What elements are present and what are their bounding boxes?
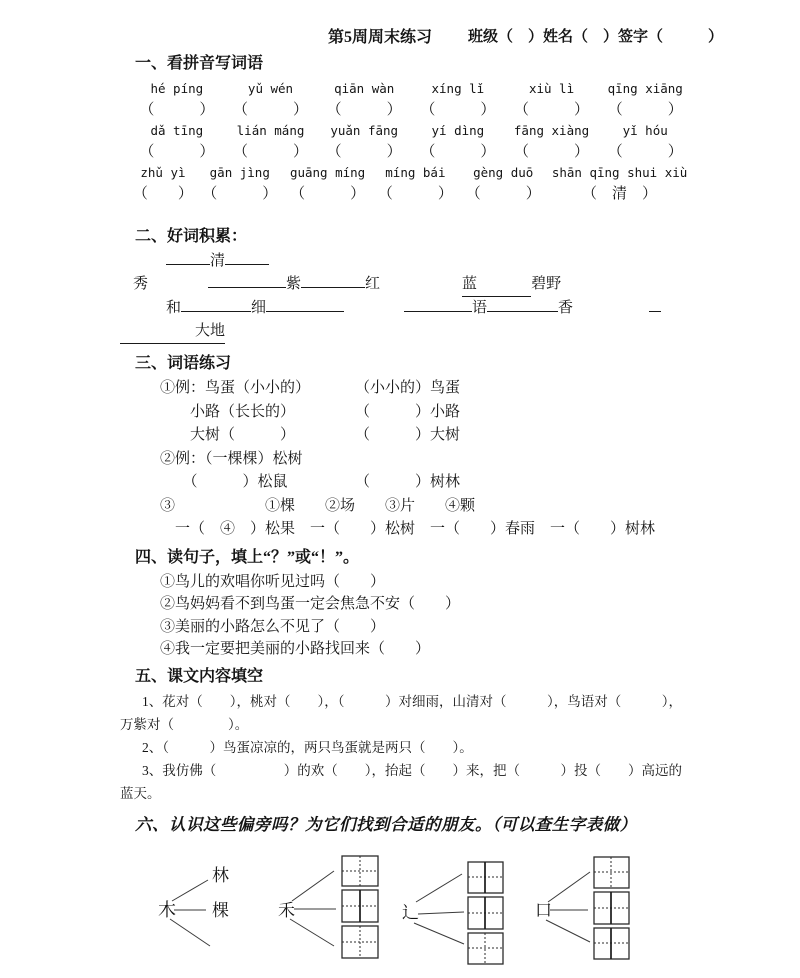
sentence-item: ①鸟儿的欢唱你听见过吗（ ） [160,571,800,594]
section-3-body: ①例：鸟蛋（小小的） （小小的）鸟蛋 小路（长长的） （ ）小路 大树（ ） （… [120,377,800,542]
answer-blank: （ ） [317,141,411,163]
given-char: 和 [166,300,181,316]
pinyin-cell: yí dìng（ ） [411,121,505,163]
match-line [416,874,462,902]
fill-line: 蓝天。 [120,782,800,805]
spacer [573,311,649,312]
pinyin-word: yí dìng [411,121,505,141]
exercise-line: ②例：（一棵棵）松树 [160,448,800,472]
spacer [380,287,462,288]
fill-blank [266,297,344,312]
pinyin-word: xíng lǐ [411,79,505,99]
section-4-body: ①鸟儿的欢唱你听见过吗（ ） ②鸟妈妈看不到鸟蛋一定会焦急不安（ ） ③美丽的小… [120,571,800,661]
word-blank-line: 清 [166,250,800,273]
pinyin-cell: qiān wàn（ ） [317,79,411,121]
spacer [148,287,208,288]
answer-blank: （ ） [130,99,224,121]
given-char: 香 [558,300,573,316]
pinyin-cell: yǐ hóu（ ） [598,121,692,163]
word-blank-line: 大地 [120,320,800,344]
radical-matching-diagram: 木 林 棵 禾 辶 [120,840,800,978]
spacer [477,287,531,288]
section-6-title: 六、认识这些偏旁吗？为它们找到合适的朋友。（可以查生字表做） [135,813,800,836]
pinyin-word: xiù lì [505,79,599,99]
answer-blank: （ ） [371,183,459,205]
answer-blank: （ ） [598,99,692,121]
given-char: 大地 [195,323,225,339]
pinyin-cell: míng bái（ ） [371,163,459,205]
pinyin-row-2: dǎ tīng（ ） lián máng（ ） yuǎn fāng（ ） yí … [130,121,692,163]
radical-chuo: 辶 [402,903,419,922]
pinyin-cell: yǔ wén（ ） [224,79,318,121]
match-line [414,923,464,944]
pinyin-cell: yuǎn fāng（ ） [317,121,411,163]
given-char: 清 [210,253,225,269]
pinyin-word: gèng duō [459,163,547,183]
given-char: 语 [472,300,487,316]
exercise-line: 一（ ④ ）松果 一（ ）松树 一（ ）春雨 一（ ）树林 [175,518,800,542]
pinyin-word: shān qīng shui xiù [547,163,692,183]
writing-grid-column [594,857,629,959]
answer-blank: （ ） [130,141,224,163]
pinyin-word: zhǔ yì [130,163,196,183]
fill-line: 2、（ ）鸟蛋凉凉的，两只鸟蛋就是两只（ ）。 [142,736,800,759]
radical-kou: 口 [535,901,552,920]
class-name-signature-fields: 班级（ ）姓名（ ）签字（ ） [468,25,723,46]
pinyin-cell: qīng xiāng（ ） [598,79,692,121]
target-char-ke: 棵 [212,901,229,920]
page-title: 第5周周末练习 [328,24,432,47]
pinyin-cell: hé píng（ ） [130,79,224,121]
pinyin-word: dǎ tīng [130,121,224,141]
pinyin-cell: dǎ tīng（ ） [130,121,224,163]
match-line [546,920,590,942]
pinyin-word: gān jìng [196,163,284,183]
answer-blank: （ ） [411,141,505,163]
answer-blank-filled: （ 清 ） [547,183,692,205]
answer-blank: （ ） [196,183,284,205]
radical-he: 禾 [278,901,295,920]
section-3-title: 三、词语练习 [135,352,800,375]
pinyin-word: fāng xiàng [505,121,599,141]
word-blank-line: 和细语香 [166,297,800,320]
section-5-body: 1、花对（ ），桃对（ ），（ ）对细雨，山清对（ ），鸟语对（ ）， 万紫对（… [120,690,800,805]
pinyin-cell: xiù lì（ ） [505,79,599,121]
writing-grid-column [342,856,378,958]
pinyin-word: qiān wàn [317,79,411,99]
match-line [290,919,334,946]
pinyin-cell: guāng míng（ ） [284,163,372,205]
pinyin-word: qīng xiāng [598,79,692,99]
pinyin-word: míng bái [371,163,459,183]
fill-blank [404,297,472,312]
fill-line: 1、花对（ ），桃对（ ），（ ）对细雨，山清对（ ），鸟语对（ ）， [142,690,800,713]
fill-blank [649,297,661,312]
match-line [548,872,590,902]
fill-blank [225,250,269,265]
pinyin-cell: xíng lǐ（ ） [411,79,505,121]
exercise-line: 大树（ ） （ ）大树 [160,424,800,448]
answer-blank: （ ） [459,183,547,205]
word-blank-line: 秀紫红蓝碧野 [133,273,800,297]
given-char: 碧野 [531,276,561,292]
given-char: 细 [251,300,266,316]
underlined-group: 蓝 [462,273,531,297]
fill-blank [208,273,286,288]
pinyin-cell: lián máng（ ） [224,121,318,163]
page-header: 第5周周末练习 班级（ ）姓名（ ）签字（ ） [120,24,800,46]
match-line [292,871,334,901]
pinyin-word: yǐ hóu [598,121,692,141]
pinyin-word: yǔ wén [224,79,318,99]
given-char: 红 [365,276,380,292]
exercise-line: ③ ①棵 ②场 ③片 ④颗 [160,495,800,519]
given-char: 秀 [133,276,148,292]
given-char: 紫 [286,276,301,292]
answer-blank: （ ） [224,99,318,121]
diagram-canvas: 木 林 棵 禾 辶 [120,840,685,978]
section-1-title: 一、看拼音写词语 [135,52,800,75]
pinyin-cell: zhǔ yì（ ） [130,163,196,205]
answer-blank: （ ） [224,141,318,163]
spacer [120,334,195,335]
pinyin-word: guāng míng [284,163,372,183]
answer-blank: （ ） [130,183,196,205]
pinyin-cell: gān jìng（ ） [196,163,284,205]
fill-blank [166,250,210,265]
answer-blank: （ ） [284,183,372,205]
pinyin-word: lián máng [224,121,318,141]
match-line [418,912,464,914]
match-line [170,919,210,946]
pinyin-cell: fāng xiàng（ ） [505,121,599,163]
section-2-title: 二、好词积累： [135,225,800,248]
fill-blank [487,297,558,312]
fill-line: 3、我仿佛（ ）的欢（ ），抬起（ ）来，把（ ）投（ ）高远的 [142,759,800,782]
answer-blank: （ ） [505,99,599,121]
radical-mu: 木 [158,900,176,920]
section-4-title: 四、读句子，填上“？”或“！”。 [135,546,800,569]
exercise-line: （ ）松鼠 （ ）树林 [160,471,800,495]
exercise-line: 小路（长长的） （ ）小路 [160,401,800,425]
answer-blank: （ ） [411,99,505,121]
given-char: 蓝 [462,276,477,292]
worksheet-page: 第5周周末练习 班级（ ）姓名（ ）签字（ ） 一、看拼音写词语 hé píng… [0,0,800,978]
pinyin-word: hé píng [130,79,224,99]
answer-blank: （ ） [598,141,692,163]
writing-grid-column [468,862,503,964]
fill-blank [181,297,251,312]
pinyin-row-1: hé píng（ ） yǔ wén（ ） qiān wàn（ ） xíng lǐ… [130,79,692,121]
spacer [344,311,404,312]
fill-line: 万紫对（ ）。 [120,713,800,736]
sentence-item: ②鸟妈妈看不到鸟蛋一定会焦急不安（ ） [160,593,800,616]
section-5-title: 五、课文内容填空 [135,665,800,688]
underlined-group: 大地 [120,320,225,344]
answer-blank: （ ） [317,99,411,121]
pinyin-cell: gèng duō（ ） [459,163,547,205]
answer-blank: （ ） [505,141,599,163]
sentence-item: ④我一定要把美丽的小路找回来（ ） [160,638,800,661]
match-line [172,880,208,901]
pinyin-row-3: zhǔ yì（ ） gān jìng（ ） guāng míng（ ） míng… [130,163,692,205]
sentence-item: ③美丽的小路怎么不见了（ ） [160,616,800,639]
exercise-line: ①例：鸟蛋（小小的） （小小的）鸟蛋 [160,377,800,401]
pinyin-word: yuǎn fāng [317,121,411,141]
fill-blank [301,273,365,288]
target-char-lin: 林 [212,866,229,885]
section-2-body: 清 秀紫红蓝碧野 和细语香 大地 [120,250,800,344]
pinyin-cell: shān qīng shui xiù（ 清 ） [547,163,692,205]
